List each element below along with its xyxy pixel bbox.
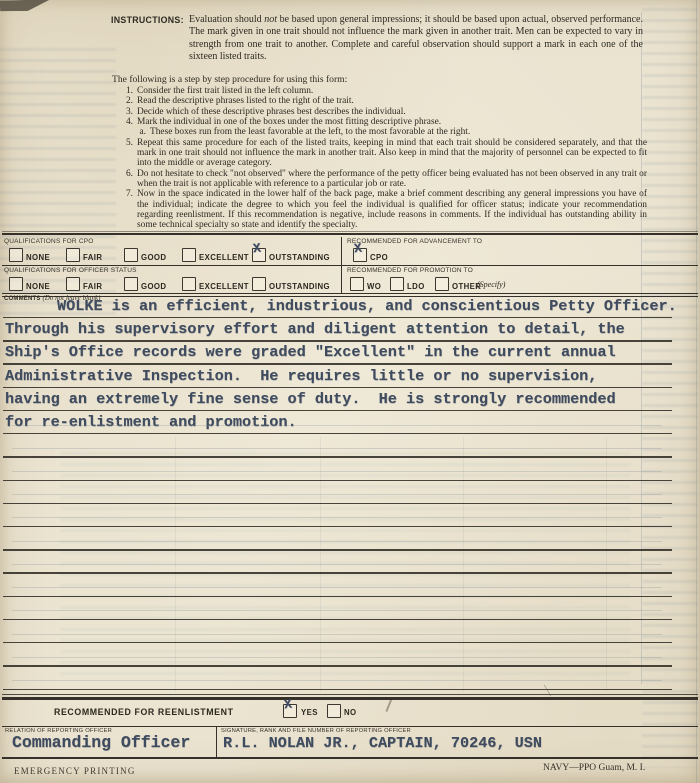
typed-check-mark: X	[353, 241, 362, 257]
ruled-line	[3, 689, 672, 690]
bleedthrough-line	[12, 657, 662, 658]
ruled-line	[3, 340, 672, 341]
ruled-line	[3, 572, 672, 573]
checkbox-advancement-cpo[interactable]: X	[353, 248, 367, 262]
bleedthrough-line	[12, 425, 662, 426]
ruled-line	[3, 433, 672, 434]
checkbox-label-excellent: EXCELLENT	[199, 282, 249, 291]
typed-check-mark: X	[252, 241, 261, 257]
checkbox-officer-none[interactable]	[9, 277, 23, 291]
comment-line: having an extremely fine sense of duty. …	[5, 392, 616, 407]
ruled-line	[3, 596, 672, 597]
bleedthrough-line	[12, 587, 662, 588]
checkbox-label-fair: FAIR	[83, 282, 102, 291]
procedure-steps: 1.Consider the first trait listed in the…	[120, 86, 647, 231]
checkbox-officer-fair[interactable]	[66, 277, 80, 291]
ruled-line	[3, 456, 672, 457]
step-7: 7.Now in the space indicated in the lowe…	[120, 189, 647, 230]
ruled-line	[3, 363, 672, 364]
step-2: 2.Read the descriptive phrases listed to…	[120, 96, 647, 106]
comment-line: Through his supervisory effort and dilig…	[5, 322, 625, 337]
comment-line: Administrative Inspection. He requires l…	[5, 369, 597, 384]
evaluation-form-page: INSTRUCTIONS: Evaluation should not be b…	[0, 0, 700, 783]
ruled-line	[3, 619, 672, 620]
instructions-label: INSTRUCTIONS:	[111, 15, 184, 25]
bleedthrough-line	[12, 541, 662, 542]
ruled-line	[3, 480, 672, 481]
checkbox-officer-outstanding[interactable]	[252, 277, 266, 291]
ruled-line	[3, 526, 672, 527]
promotion-label: RECOMMENDED FOR PROMOTION TO	[347, 267, 473, 274]
divider	[2, 233, 698, 235]
checkbox-label-good: GOOD	[141, 253, 166, 262]
bleedthrough-texture	[60, 452, 630, 682]
crease-mark	[385, 698, 392, 712]
footer-left-text: EMERGENCY PRINTING	[14, 766, 136, 776]
divider	[2, 265, 698, 266]
qualifications-officer-label: QUALIFICATIONS FOR OFFICER STATUS	[4, 267, 137, 274]
checkbox-cpo-none[interactable]	[9, 248, 23, 262]
relation-value: Commanding Officer	[12, 733, 190, 752]
checkbox-promotion-wo[interactable]	[350, 277, 364, 291]
divider	[2, 726, 698, 727]
checkbox-label-no: NO	[344, 708, 357, 717]
divider	[341, 237, 342, 293]
divider	[2, 231, 698, 232]
step-1: 1.Consider the first trait listed in the…	[120, 86, 647, 96]
footer-right-text: NAVY—PPO Guam, M. I.	[543, 763, 645, 773]
step-4: 4.Mark the individual in one of the boxe…	[120, 117, 647, 127]
step-4a: a.These boxes run from the least favorab…	[133, 127, 647, 137]
checkbox-cpo-excellent[interactable]	[182, 248, 196, 262]
bleedthrough-line	[12, 634, 662, 635]
ruled-line	[3, 410, 672, 411]
checkbox-promotion-other[interactable]	[435, 277, 449, 291]
ruled-line	[3, 317, 672, 318]
ruled-line	[3, 642, 672, 643]
divider	[216, 726, 217, 757]
bleedthrough-line	[696, 0, 697, 783]
checkbox-cpo-outstanding[interactable]: X	[252, 248, 266, 262]
checkbox-promotion-ldo[interactable]	[390, 277, 404, 291]
checkbox-label-ldo: LDO	[407, 282, 425, 291]
checkbox-label-fair: FAIR	[83, 253, 102, 262]
checkbox-reenlistment-no[interactable]	[327, 704, 341, 718]
step-3: 3.Decide which of these descriptive phra…	[120, 107, 647, 117]
ruled-line	[3, 387, 672, 388]
ruled-line	[3, 665, 672, 666]
divider	[2, 293, 698, 294]
bleedthrough-line	[12, 564, 662, 565]
bleedthrough-line	[12, 448, 662, 449]
qualifications-cpo-label: QUALIFICATIONS FOR CPO	[4, 238, 94, 245]
bleedthrough-line	[12, 680, 662, 681]
checkbox-reenlistment-yes[interactable]: X	[283, 704, 297, 718]
other-specify-note: (Specify)	[477, 280, 505, 289]
ruled-line	[3, 549, 672, 550]
checkbox-officer-good[interactable]	[124, 277, 138, 291]
checkbox-cpo-good[interactable]	[124, 248, 138, 262]
corner-smudge	[0, 0, 50, 11]
bleedthrough-line	[12, 610, 662, 611]
checkbox-label-cpo: CPO	[370, 253, 388, 262]
instructions-paragraph: Evaluation should not be based upon gene…	[189, 14, 643, 64]
checkbox-label-none: NONE	[26, 253, 50, 262]
checkbox-officer-excellent[interactable]	[182, 277, 196, 291]
bleedthrough-texture	[0, 48, 116, 316]
bleedthrough-line	[12, 517, 662, 518]
ruled-line	[3, 503, 672, 504]
checkbox-label-outstanding: OUTSTANDING	[269, 253, 330, 262]
divider	[2, 694, 698, 695]
checkbox-label-wo: WO	[367, 282, 381, 291]
typed-check-mark: X	[283, 697, 292, 713]
divider	[2, 697, 698, 700]
comment-line: for re-enlistment and promotion.	[5, 415, 297, 430]
checkbox-cpo-fair[interactable]	[66, 248, 80, 262]
italic-not: not	[264, 14, 277, 25]
checkbox-label-none: NONE	[26, 282, 50, 291]
comment-line: WOLKE is an efficient, industrious, and …	[57, 299, 677, 314]
checkbox-label-excellent: EXCELLENT	[199, 253, 249, 262]
divider	[2, 757, 698, 760]
checkbox-label-outstanding: OUTSTANDING	[269, 282, 330, 291]
checkbox-label-yes: YES	[301, 708, 318, 717]
bleedthrough-line	[12, 494, 662, 495]
bleedthrough-line	[12, 471, 662, 472]
step-6: 6.Do not hesitate to check "not observed…	[120, 169, 647, 190]
step-5: 5.Repeat this same procedure for each of…	[120, 138, 647, 169]
advancement-label: RECOMMENDED FOR ADVANCEMENT TO	[347, 238, 482, 245]
checkbox-label-good: GOOD	[141, 282, 166, 291]
comment-line: Ship's Office records were graded "Excel…	[5, 345, 616, 360]
reenlistment-label: RECOMMENDED FOR REENLISTMENT	[54, 707, 234, 717]
procedure-intro: The following is a step by step procedur…	[112, 74, 347, 85]
signature-value: R.L. NOLAN JR., CAPTAIN, 70246, USN	[223, 734, 542, 752]
